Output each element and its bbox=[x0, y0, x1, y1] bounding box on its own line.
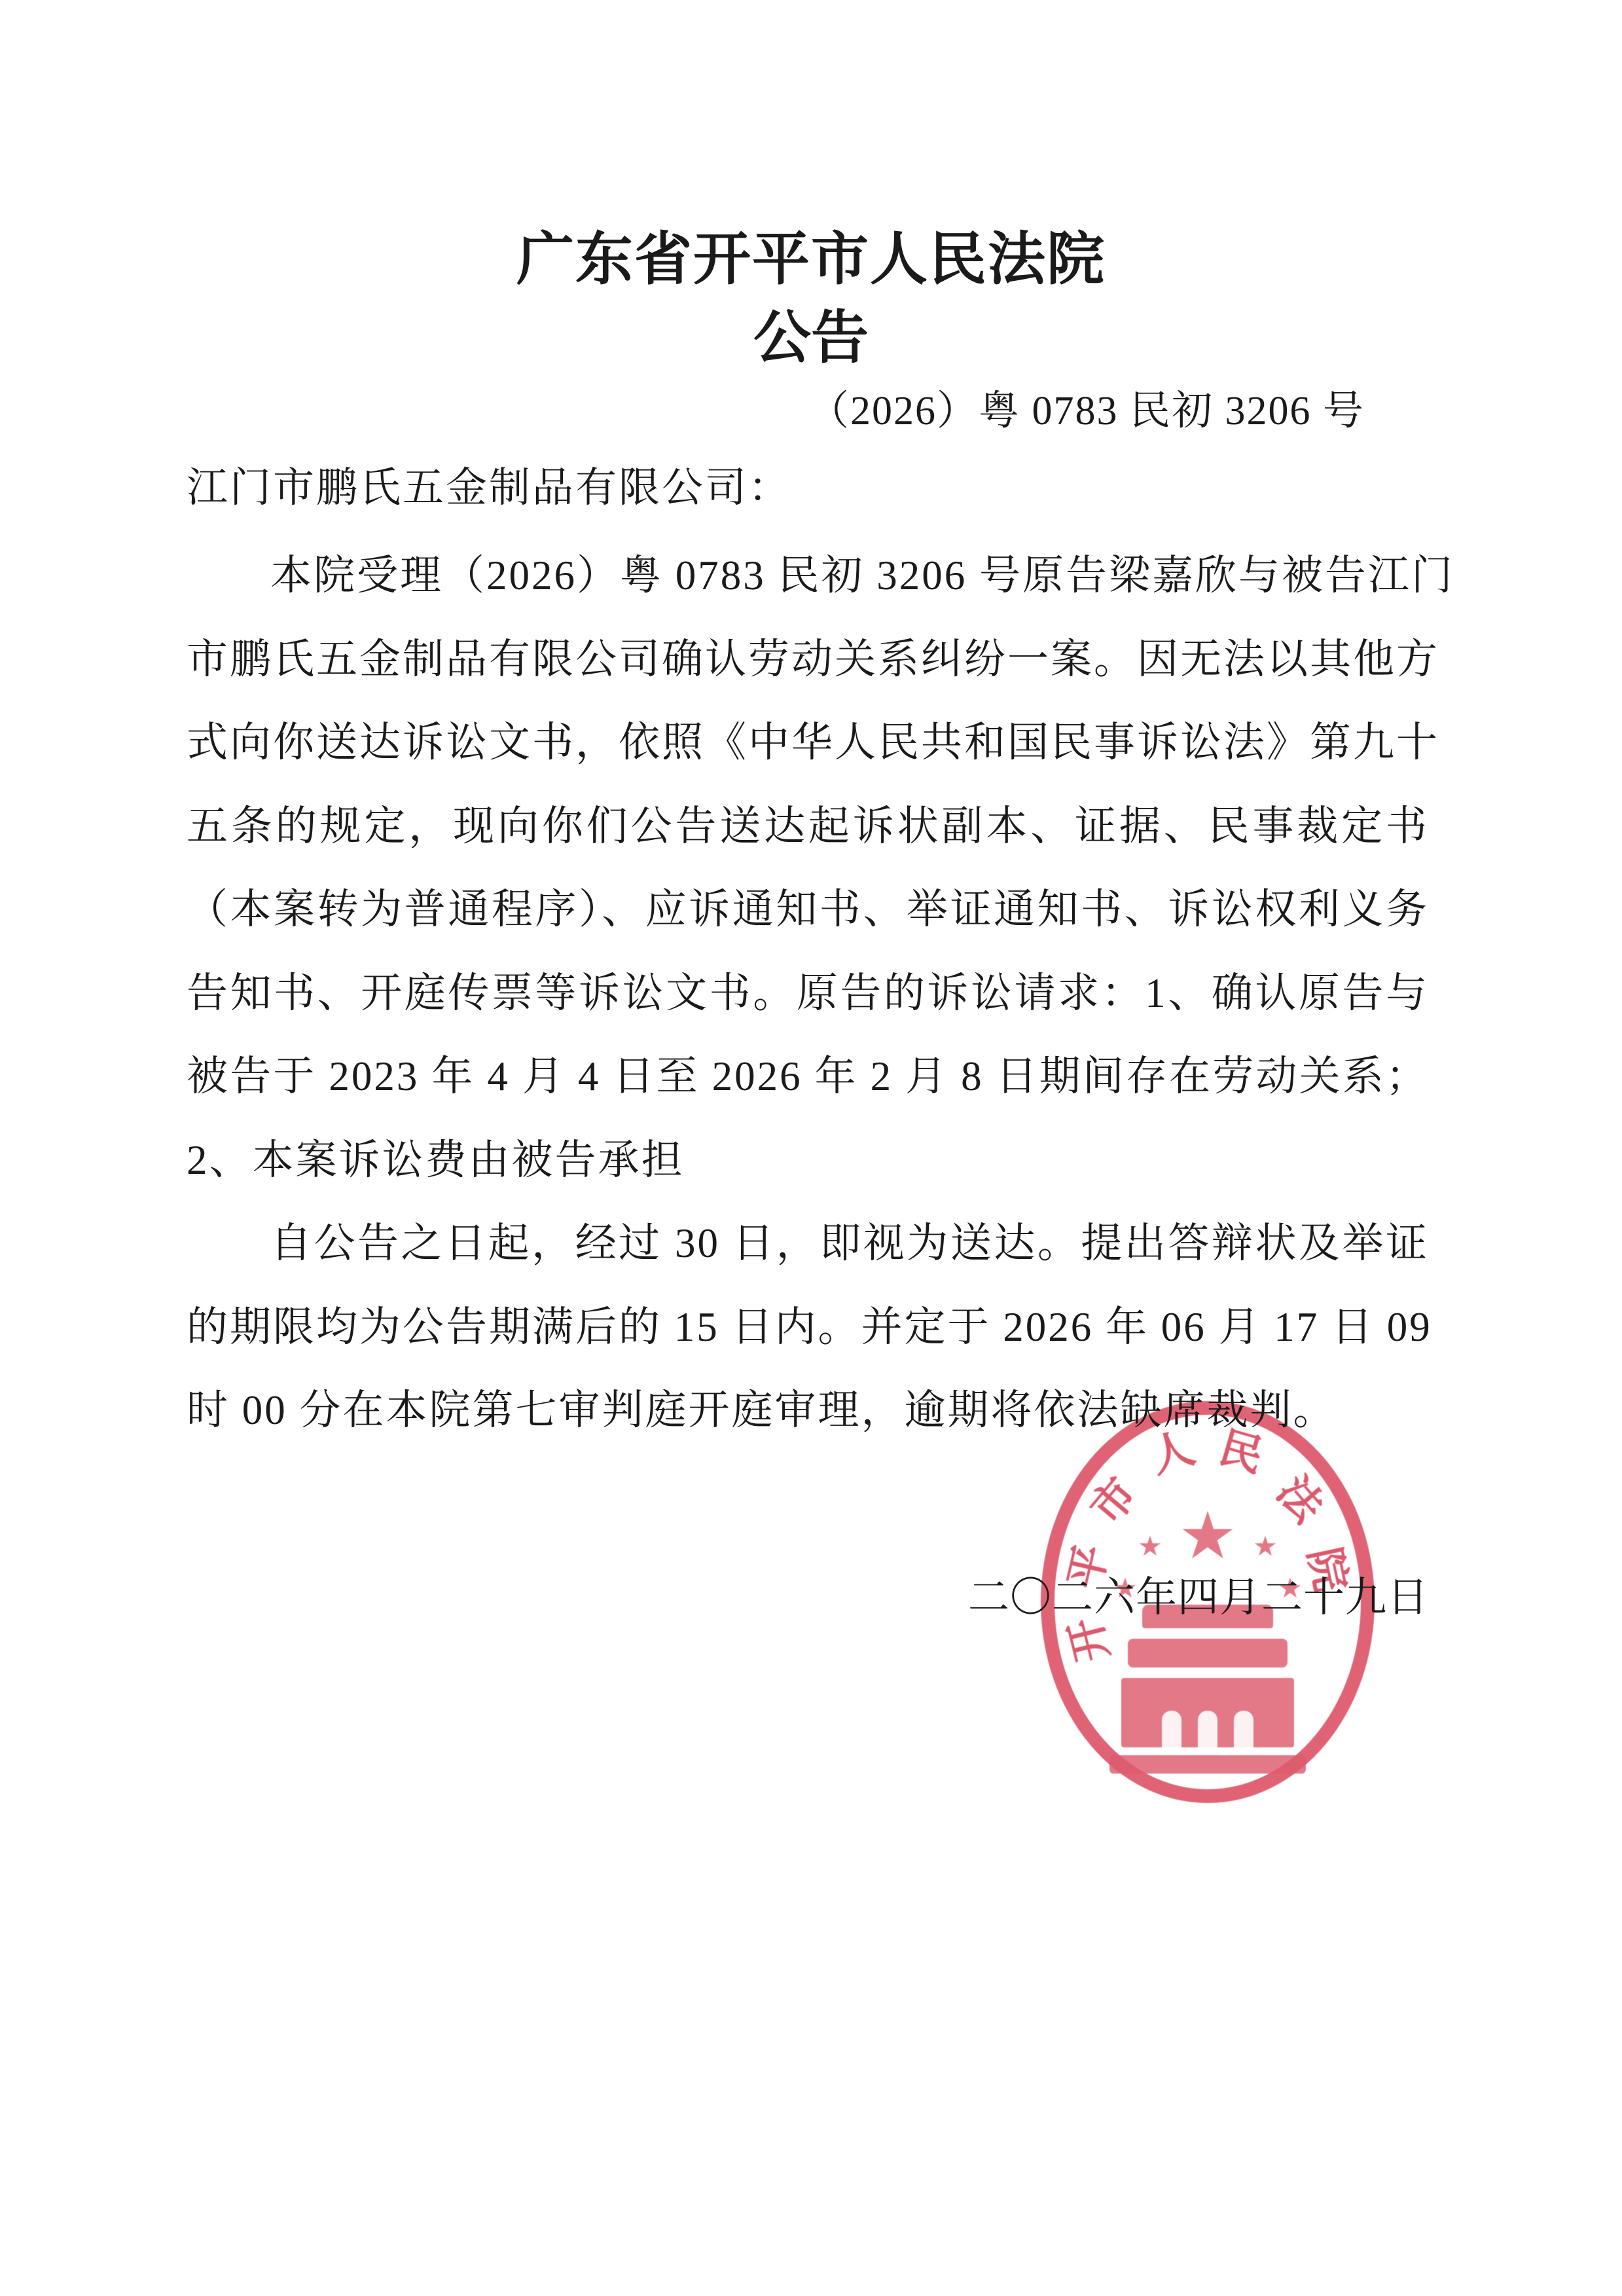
court-announcement-page: 广东省开平市人民法院 公告 （2026）粤 0783 民初 3206 号 江门市… bbox=[0, 0, 1622, 2296]
tiananmen-arch bbox=[1162, 1711, 1181, 1747]
body-line: 2、本案诉讼费由被告承担 bbox=[187, 1119, 1429, 1203]
star-icon: ★ bbox=[1138, 1533, 1162, 1561]
addressee-line: 江门市鹏氏五金制品有限公司： bbox=[187, 458, 791, 517]
case-number: （2026）粤 0783 民初 3206 号 bbox=[808, 385, 1365, 437]
tiananmen-arch bbox=[1198, 1711, 1217, 1747]
document-date: 二〇二六年四月二十九日 bbox=[968, 1569, 1429, 1626]
body-line: 被告于 2023 年 4 月 4 日至 2026 年 2 月 8 日期间存在劳动… bbox=[187, 1035, 1429, 1119]
star-icon: ★ bbox=[1178, 1504, 1237, 1569]
body-line: 本院受理（2026）粤 0783 民初 3206 号原告梁嘉欣与被告江门 bbox=[187, 534, 1429, 618]
announcement-body: 本院受理（2026）粤 0783 民初 3206 号原告梁嘉欣与被告江门 市鹏氏… bbox=[187, 534, 1429, 1453]
star-icon: ★ bbox=[1253, 1533, 1278, 1561]
body-line: 自公告之日起，经过 30 日，即视为送达。提出答辩状及举证 bbox=[187, 1202, 1429, 1286]
body-line: 告知书、开庭传票等诉讼文书。原告的诉讼请求：1、确认原告与 bbox=[187, 952, 1429, 1036]
national-emblem-icon: ★ ★ ★ ★ ★ bbox=[1103, 1489, 1312, 1771]
body-line: 五条的规定，现向你们公告送达起诉状副本、证据、民事裁定书 bbox=[187, 785, 1429, 869]
tiananmen-roof bbox=[1128, 1639, 1288, 1667]
body-line: 时 00 分在本院第七审判庭开庭审理，逾期将依法缺席裁判。 bbox=[187, 1369, 1429, 1453]
body-line: 市鹏氏五金制品有限公司确认劳动关系纠纷一案。因无法以其他方 bbox=[187, 618, 1429, 702]
tiananmen-base bbox=[1109, 1755, 1306, 1774]
body-line: （本案转为普通程序）、应诉通知书、举证通知书、诉讼权利义务 bbox=[187, 868, 1429, 952]
body-line: 的期限均为公告期满后的 15 日内。并定于 2026 年 06 月 17 日 0… bbox=[187, 1286, 1429, 1370]
tiananmen-arch bbox=[1234, 1711, 1253, 1747]
body-line: 式向你送达诉讼文书，依照《中华人民共和国民事诉讼法》第九十 bbox=[187, 701, 1429, 785]
court-title: 广东省开平市人民法院 bbox=[0, 221, 1622, 300]
announcement-title: 公告 bbox=[0, 300, 1622, 378]
